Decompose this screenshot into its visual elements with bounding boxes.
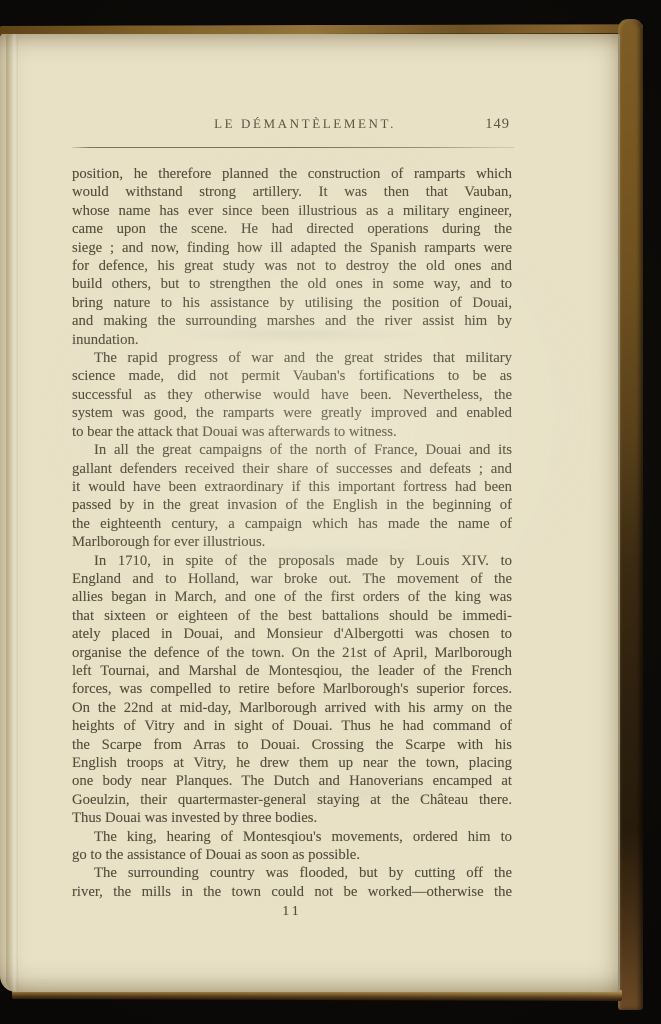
text-line: In 1710, in spite of the proposals made … <box>72 552 512 570</box>
text-line: build others, but to strengthen the old … <box>72 275 512 293</box>
page-text: position, he therefore planned the const… <box>72 165 512 901</box>
text-line: The king, hearing of Montesqiou's moveme… <box>72 828 512 846</box>
text-line: Goeulzin, their quartermaster-general st… <box>72 791 512 809</box>
text-line: whose name has ever since been illustrio… <box>72 202 512 220</box>
text-line: successful as they otherwise would have … <box>72 386 512 404</box>
text-line: the eighteenth century, a campaign which… <box>72 515 512 533</box>
text-line: passed by in the great invasion of the E… <box>72 496 512 514</box>
running-head: LE DÉMANTÈLEMENT. 149 <box>72 116 512 136</box>
text-line: would withstand strong artillery. It was… <box>72 183 512 201</box>
text-line: allies began in March, and one of the fi… <box>72 588 512 606</box>
header-rule <box>72 147 514 148</box>
text-line: siege ; and now, finding how ill adapted… <box>72 239 512 257</box>
text-line: go to the assistance of Douai as soon as… <box>72 846 512 864</box>
text-line: the Scarpe from Arras to Douai. Crossing… <box>72 736 512 754</box>
text-line: ately placed in Douai, and Monsieur d'Al… <box>72 625 512 643</box>
book-cover-edge <box>618 19 643 1010</box>
text-line: and making the surrounding marshes and t… <box>72 312 512 330</box>
text-line: science made, did not permit Vauban's fo… <box>72 367 512 385</box>
text-line: position, he therefore planned the const… <box>72 165 512 183</box>
text-line: for defence, his great study was not to … <box>72 257 512 275</box>
text-line: bring nature to his assistance by utilis… <box>72 294 512 312</box>
text-line: came upon the scene. He had directed ope… <box>72 220 512 238</box>
text-line: Marlborough for ever illustrious. <box>72 533 512 551</box>
text-line: In all the great campaigns of the north … <box>72 441 512 459</box>
text-line: Thus Douai was invested by three bodies. <box>72 809 512 827</box>
page-number: 149 <box>485 116 510 133</box>
text-line: one body near Planques. The Dutch and Ha… <box>72 772 512 790</box>
text-line: On the 22nd at mid-day, Marlborough arri… <box>72 699 512 717</box>
text-line: English troops at Vitry, he drew them up… <box>72 754 512 772</box>
scanned-book-photo: LE DÉMANTÈLEMENT. 149 position, he there… <box>0 0 661 1024</box>
text-line: heights of Vitry and in sight of Douai. … <box>72 717 512 735</box>
text-line: organise the defence of the town. On the… <box>72 644 512 662</box>
text-line: river, the mills in the town could not b… <box>72 883 512 901</box>
text-line: that sixteen or eighteen of the best bat… <box>72 607 512 625</box>
text-line: gallant defenders received their share o… <box>72 460 512 478</box>
text-line: left Tournai, and Marshal de Montesqiou,… <box>72 662 512 680</box>
text-line: forces, was compelled to retire before M… <box>72 680 512 698</box>
text-line: England and to Holland, war broke out. T… <box>72 570 512 588</box>
text-line: it would have been extraordinary if this… <box>72 478 512 496</box>
text-line: system was good, the ramparts were great… <box>72 404 512 422</box>
signature-mark: 11 <box>72 904 512 920</box>
text-line: The surrounding country was flooded, but… <box>72 864 512 882</box>
running-title: LE DÉMANTÈLEMENT. <box>214 116 396 132</box>
text-line: The rapid progress of war and the great … <box>72 349 512 367</box>
book-page: LE DÉMANTÈLEMENT. 149 position, he there… <box>0 34 620 992</box>
text-line: inundation. <box>72 331 512 349</box>
text-line: to bear the attack that Douai was afterw… <box>72 423 512 441</box>
